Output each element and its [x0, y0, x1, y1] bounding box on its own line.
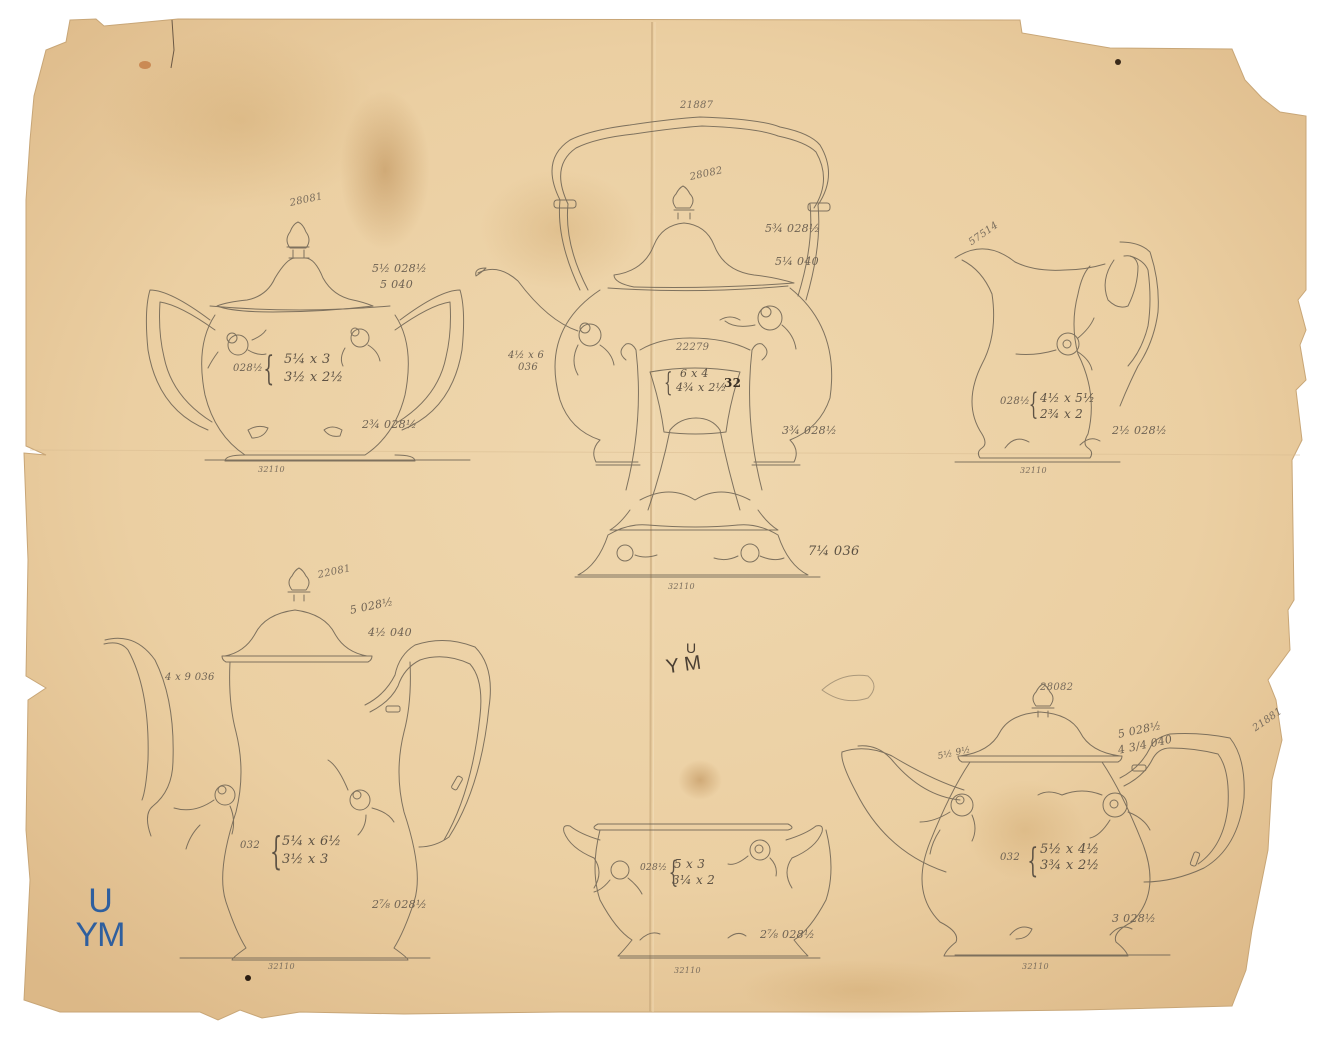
kettle-spout-note-2: 036 — [518, 362, 538, 373]
blue-mark-bottom: YM — [72, 918, 128, 952]
kettle-catalog-number: 21887 — [680, 100, 713, 111]
sugar-bowl-left-note: 028½ — [233, 363, 263, 374]
stand-dims-2: 4¾ x 2½ — [676, 380, 727, 396]
teapot-catalog-number: 28082 — [1040, 682, 1073, 693]
waste-bowl-base-number: 32110 — [674, 966, 701, 975]
stand-base-note: 7¼ 036 — [808, 544, 860, 560]
creamer-left-note: 028½ — [1000, 396, 1030, 407]
kettle-right-note-3: 3¾ 028½ — [782, 424, 837, 437]
teapot-dims-2: 3¾ x 2½ — [1040, 858, 1099, 874]
teapot-brace: { — [1027, 844, 1038, 878]
coffee-pot-dims-1: 5¼ x 6½ — [282, 834, 341, 850]
teapot-right-note-3: 3 028½ — [1112, 912, 1156, 925]
coffee-pot-base-number: 32110 — [268, 962, 295, 971]
coffee-pot-spout-note: 4 x 9 036 — [165, 672, 215, 683]
stand-mark: 32 — [724, 376, 741, 390]
center-mark-bottom: Y M — [665, 652, 703, 680]
kettle-right-note-2: 5¼ 040 — [775, 255, 819, 268]
creamer-right-note: 2½ 028½ — [1112, 424, 1167, 437]
kettle-spout-note-1: 4½ x 6 — [508, 350, 544, 361]
sugar-bowl-dims-2: 3½ x 2½ — [284, 370, 343, 386]
drawing-sheet — [0, 0, 1324, 1052]
teapot-dims-1: 5½ x 4½ — [1040, 842, 1099, 858]
coffee-pot-brace: { — [270, 834, 282, 868]
waste-bowl-right-note: 2⅞ 028½ — [760, 928, 815, 941]
waste-bowl-left-note: 028½ — [640, 863, 667, 873]
waste-bowl-dims-2: 3¼ x 2 — [672, 872, 715, 888]
sugar-bowl-brace: { — [263, 352, 274, 386]
kettle-base-number: 32110 — [668, 582, 695, 591]
sugar-bowl-right-note-3: 2¾ 028½ — [362, 418, 417, 431]
teapot-base-number: 32110 — [1022, 962, 1049, 971]
coffee-pot-right-note-2: 4½ 040 — [368, 626, 412, 639]
sugar-bowl-right-note-1: 5½ 028½ — [372, 262, 427, 275]
sugar-bowl-right-note-2: 5 040 — [380, 278, 413, 291]
teapot-left-note: 032 — [1000, 852, 1020, 863]
coffee-pot-left-note: 032 — [240, 840, 260, 851]
waste-bowl-dims-1: 5 x 3 — [674, 856, 705, 872]
coffee-pot-right-note-3: 2⅞ 028½ — [372, 898, 427, 911]
stand-brace: { — [664, 366, 672, 400]
blue-mark-top: U — [86, 884, 114, 918]
creamer-brace: { — [1029, 388, 1039, 422]
creamer-base-number: 32110 — [1020, 466, 1047, 475]
kettle-right-note-1: 5¾ 028½ — [765, 222, 820, 235]
creamer-dims-1: 4½ x 5½ — [1040, 390, 1095, 406]
sugar-bowl-base-number: 32110 — [258, 465, 285, 474]
coffee-pot-dims-2: 3½ x 3 — [282, 852, 329, 868]
sugar-bowl-dims-1: 5¼ x 3 — [284, 352, 331, 368]
creamer-dims-2: 2¾ x 2 — [1040, 406, 1083, 422]
stand-catalog-number: 22279 — [676, 342, 709, 353]
